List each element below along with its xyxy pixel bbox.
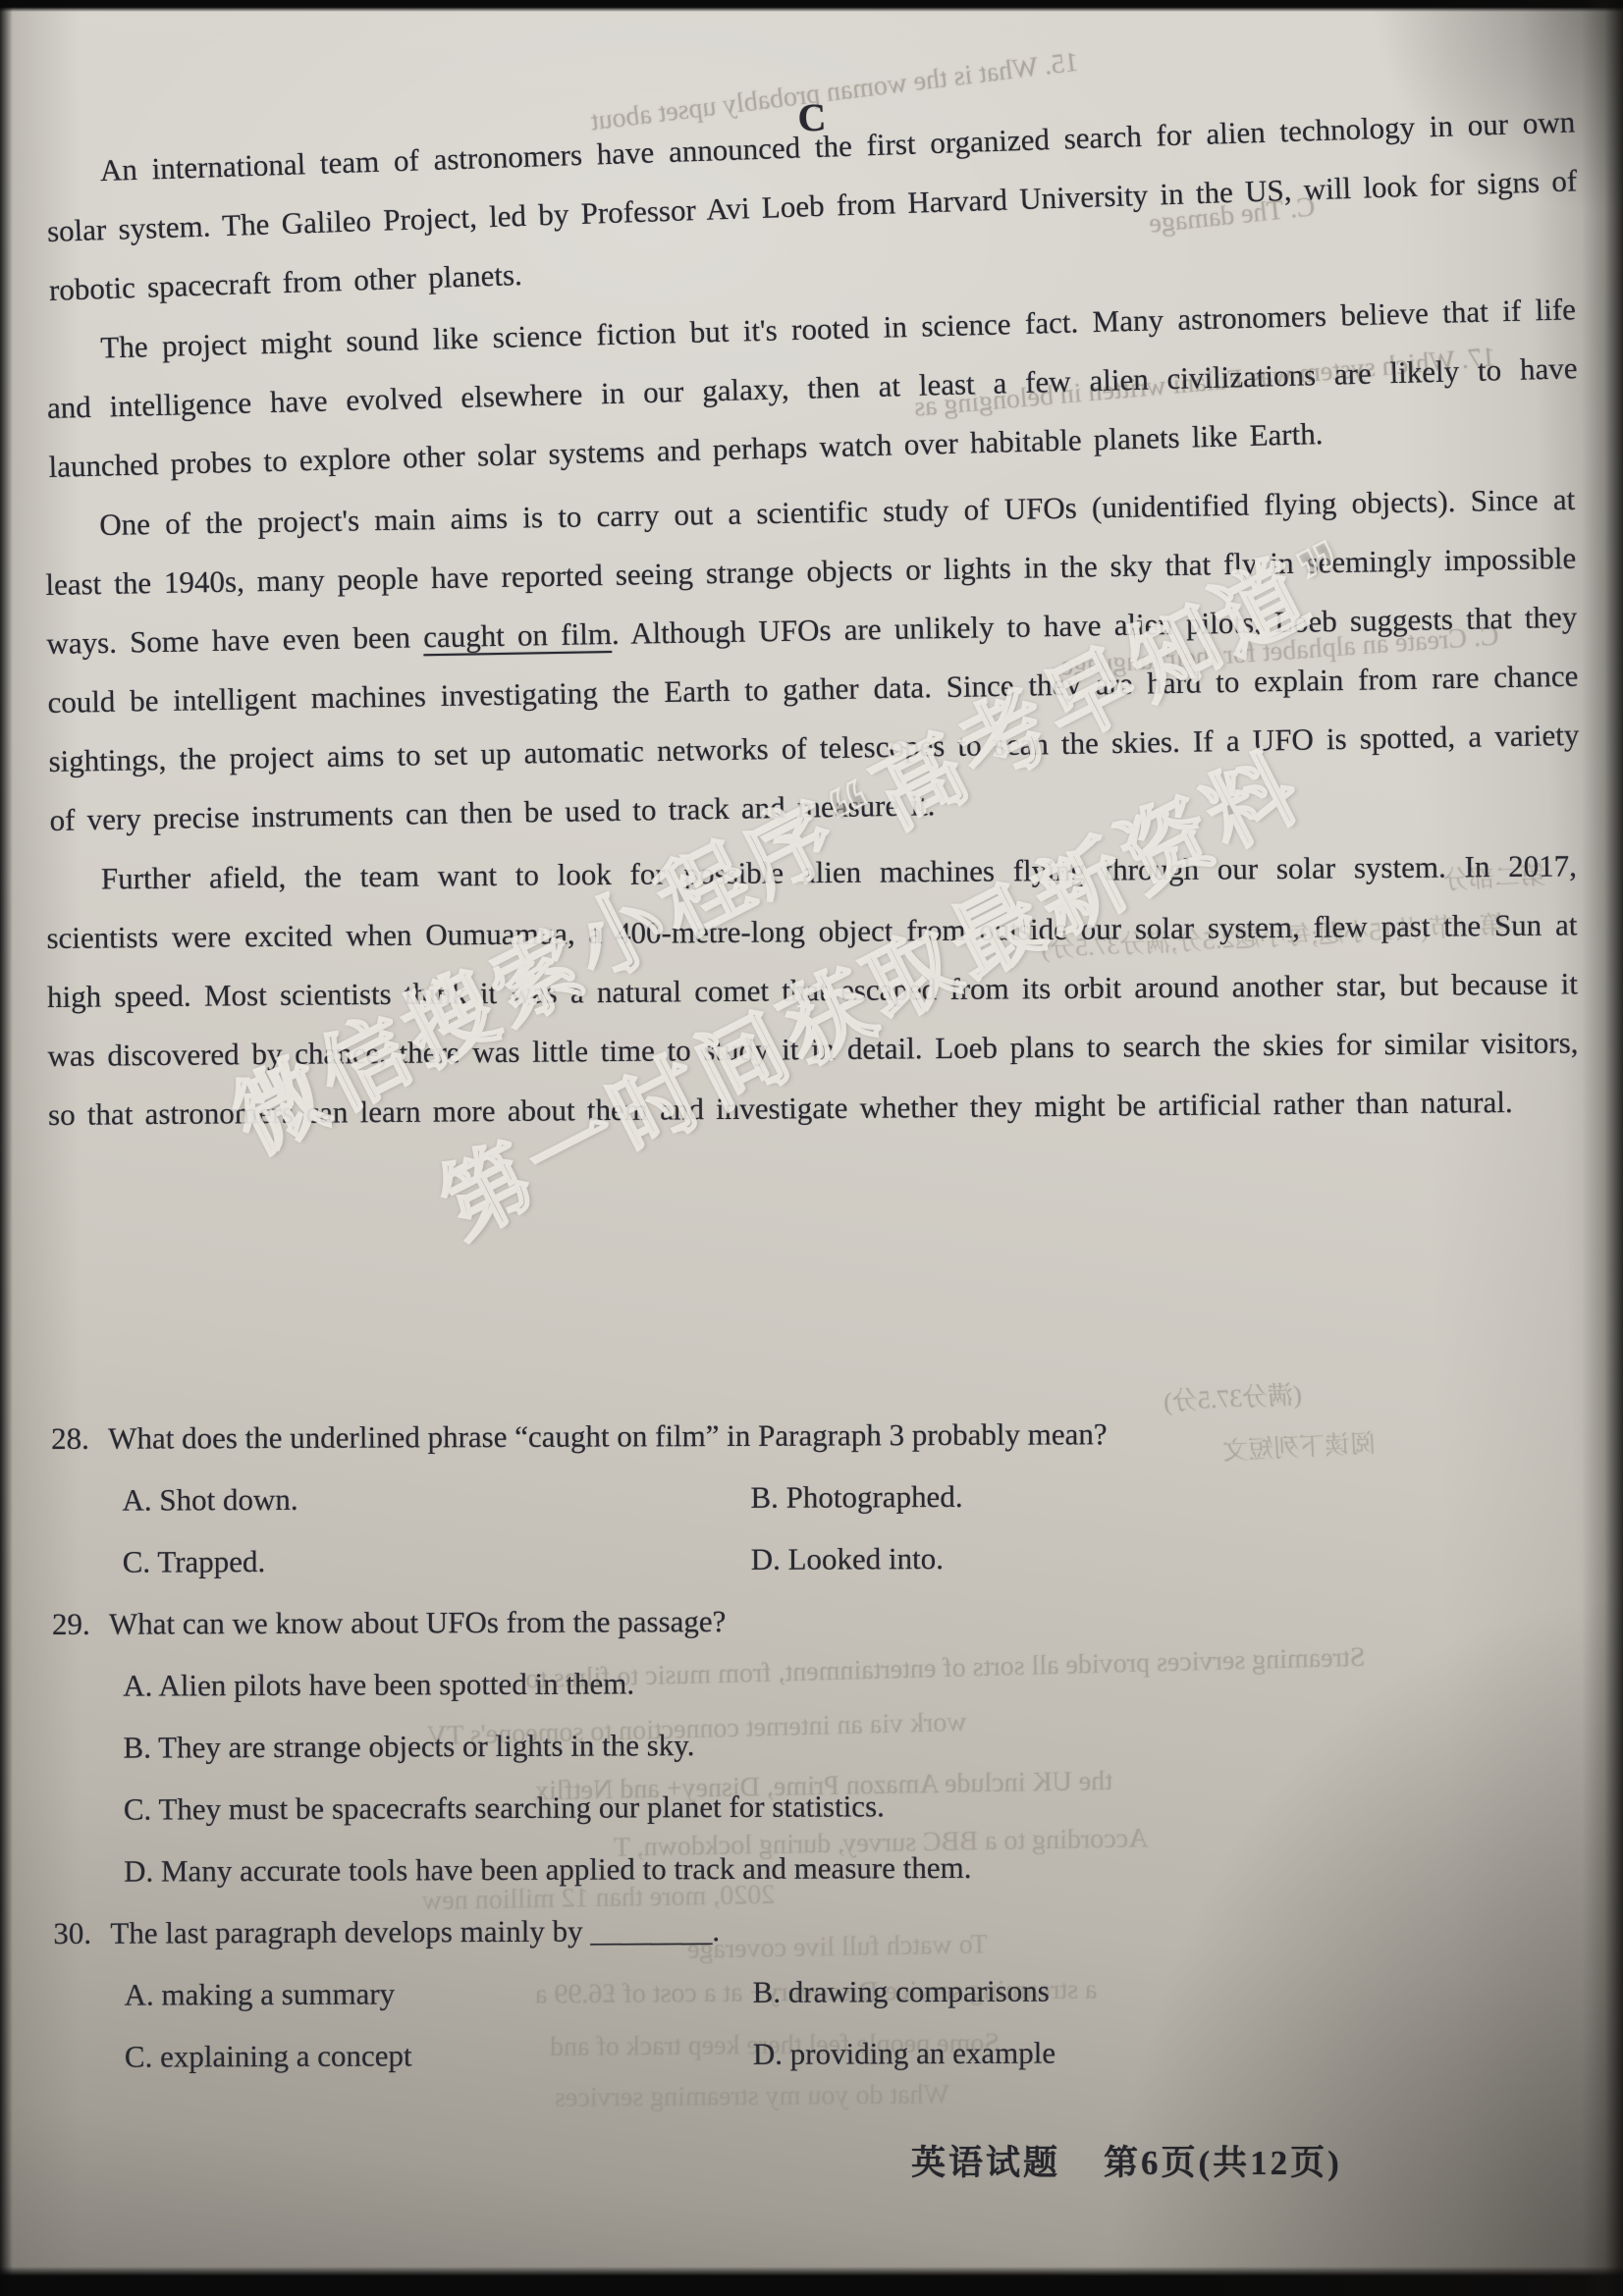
option-29-d: D. Many accurate tools have been applied… [124, 1850, 972, 1889]
option-29-a: A. Alien pilots have been spotted in the… [123, 1666, 634, 1702]
question-block: 28.What does the underlined phrase “caug… [51, 1401, 1577, 2088]
question-number: 29. [52, 1593, 109, 1655]
question-number: 28. [51, 1408, 108, 1469]
option-30-a: A. making a summary [124, 1961, 752, 2026]
footer-page-number: 第6页(共12页) [1104, 2136, 1342, 2185]
option-29-c: C. They must be spacecrafts searching ou… [124, 1789, 885, 1826]
option-28-b: B. Photographed. [750, 1463, 1574, 1528]
passage-paragraph-4: Further afield, the team want to look fo… [46, 836, 1580, 1145]
footer-subject: 英语试题 [911, 2136, 1060, 2185]
option-30-c: C. explaining a concept [125, 2023, 753, 2088]
option-28-c: C. Trapped. [123, 1528, 751, 1593]
question-number: 30. [53, 1902, 110, 1964]
option-29-b: B. They are strange objects or lights in… [123, 1728, 694, 1765]
underlined-phrase: caught on film [423, 616, 612, 654]
option-30-d: D. providing an example [753, 2019, 1577, 2085]
question-30: 30.The last paragraph develops mainly by… [53, 1896, 1577, 2088]
question-text: The last paragraph develops mainly by __… [110, 1913, 720, 1950]
passage-paragraph-3: One of the project's main aims is to car… [44, 470, 1581, 850]
paper-sheet: 15. What is the woman probably upset abo… [0, 6, 1623, 2276]
exam-paper-photo: 15. What is the woman probably upset abo… [0, 0, 1623, 2296]
option-28-a: A. Shot down. [122, 1467, 750, 1531]
question-28: 28.What does the underlined phrase “caug… [51, 1401, 1575, 1593]
question-text: What does the underlined phrase “caught … [108, 1416, 1108, 1455]
option-30-b: B. drawing comparisons [752, 1957, 1576, 2023]
reading-passage-c: C An international team of astronomers h… [47, 92, 1578, 1145]
question-29: 29.What can we know about UFOs from the … [52, 1586, 1576, 1902]
option-28-d: D. Looked into. [751, 1524, 1575, 1590]
question-text: What can we know about UFOs from the pas… [109, 1604, 727, 1641]
page-footer: 英语试题 第6页(共12页) [911, 2136, 1342, 2185]
